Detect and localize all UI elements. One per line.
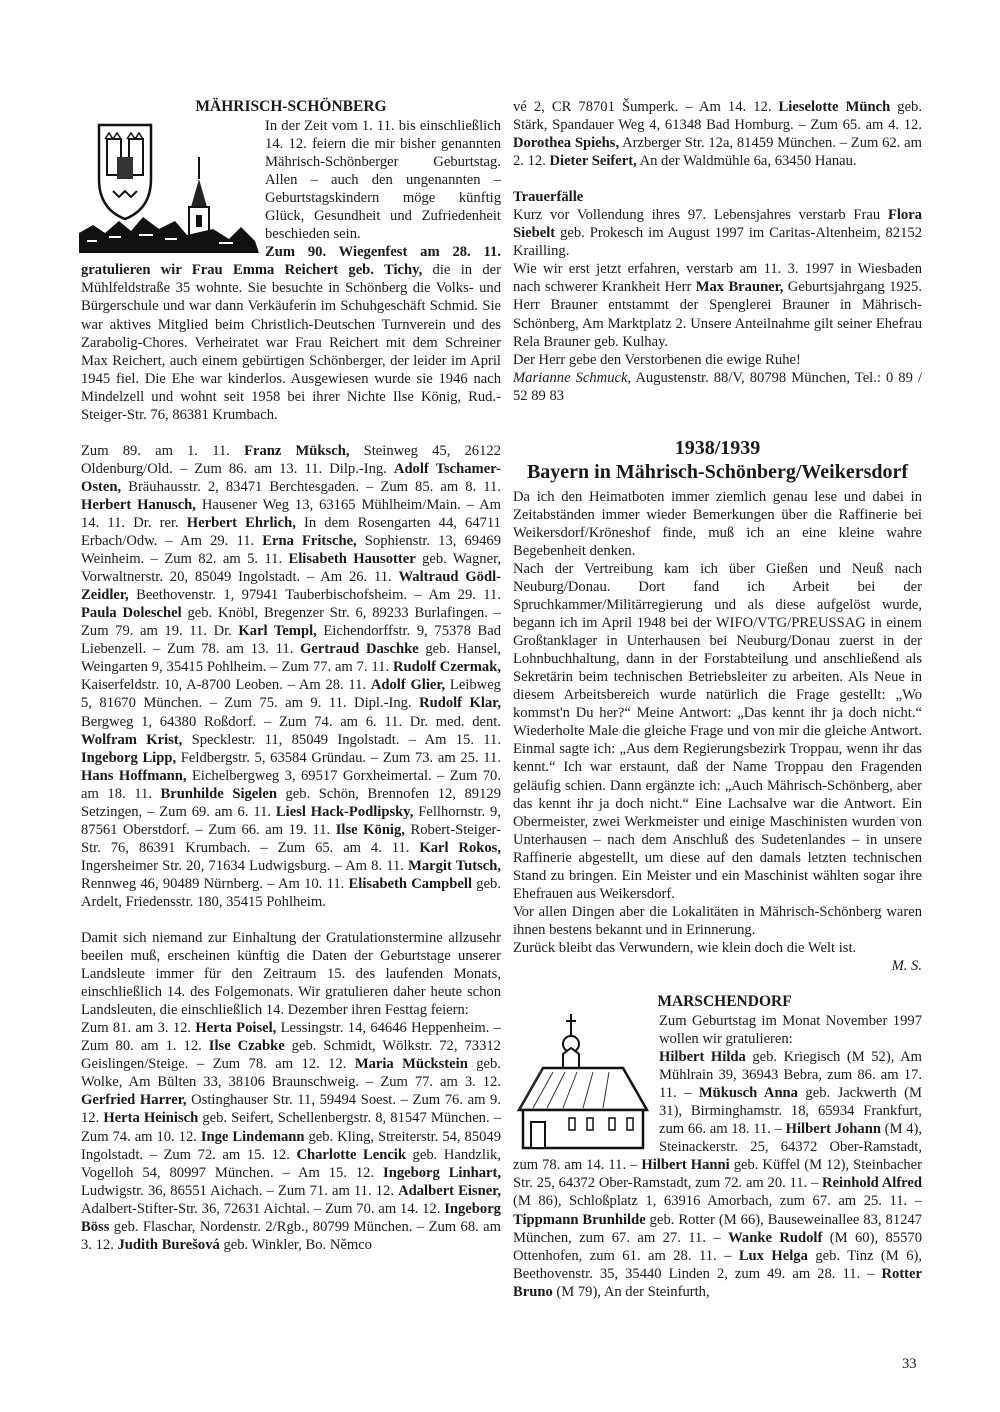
- person-name: Margit Tutsch,: [408, 858, 501, 874]
- person-name: Rudolf Klar,: [419, 695, 501, 711]
- article-paragraph-1: Da ich den Heimatboten immer ziemlich ge…: [513, 488, 922, 560]
- article-title-year: 1938/1939: [513, 436, 922, 460]
- mourning-paragraph-3: Der Herr gebe den Verstorbenen die ewige…: [513, 351, 922, 369]
- article-signature: M. S.: [513, 957, 922, 975]
- person-name: Judith Burešová: [117, 1237, 219, 1253]
- section-title-maehrisch-schoenberg: MÄHRISCH-SCHÖNBERG: [81, 98, 501, 116]
- article-title: Bayern in Mährisch-Schönberg/Weikersdorf: [513, 460, 922, 484]
- person-name: Adalbert Eisner,: [398, 1183, 501, 1199]
- person-name: Hans Hoffmann,: [81, 768, 187, 784]
- person-name: Liesl Hack-Podlipsky,: [276, 804, 413, 820]
- person-name: Hilbert Hilda: [659, 1049, 746, 1065]
- person-name: Ingeborg Linhart,: [383, 1165, 501, 1181]
- article-paragraph-3: Vor allen Dingen aber die Lokalitäten in…: [513, 903, 922, 939]
- person-name: Reinhold Alfred: [822, 1175, 922, 1191]
- person-name: Herbert Ehrlich,: [187, 515, 296, 531]
- person-name: Lieselotte Münch: [779, 99, 891, 115]
- person-name: Karl Templ,: [238, 623, 316, 639]
- person-name: Gertraud Daschke: [300, 641, 419, 657]
- person-name: Rudolf Czermak,: [393, 659, 501, 675]
- page-number: 33: [902, 1356, 917, 1373]
- town-crest-icon: [79, 117, 259, 255]
- person-name: Ilse Czabke: [209, 1038, 285, 1054]
- church-icon: [513, 1014, 653, 1154]
- right-column: vé 2, CR 78701 Šumperk. – Am 14. 12. Lie…: [513, 98, 922, 1301]
- article-paragraph-2: Nach der Vertreibung kam ich über Gießen…: [513, 560, 922, 903]
- person-name: Wanke Rudolf: [728, 1230, 822, 1246]
- feature-paragraph: Zum 90. Wiegenfest am 28. 11. gratuliere…: [81, 243, 501, 423]
- mourning-paragraph-1: Kurz vor Vollendung ihres 97. Lebensjahr…: [513, 206, 922, 260]
- person-name: Herta Poisel,: [195, 1020, 276, 1036]
- person-name: Erna Fritsche,: [262, 533, 356, 549]
- person-name: Franz Müksch,: [244, 443, 349, 459]
- person-name: Dorothea Spiehs,: [513, 135, 619, 151]
- person-name: Adolf Glier,: [371, 677, 445, 693]
- article-paragraph-4: Zurück bleibt das Verwundern, wie klein …: [513, 939, 922, 957]
- person-name: Charlotte Lencik: [296, 1147, 406, 1163]
- person-name: Ingeborg Lipp,: [81, 750, 176, 766]
- mourning-heading: Trauerfälle: [513, 188, 922, 206]
- mourning-paragraph-2: Wie wir erst jetzt erfahren, verstarb am…: [513, 260, 922, 350]
- person-name: Lux Helga: [739, 1248, 808, 1264]
- mourning-author: Marianne Schmuck, Augustenstr. 88/V, 807…: [513, 369, 922, 405]
- person-name: Paula Doleschel: [81, 605, 182, 621]
- person-name: Hilbert Johann: [786, 1121, 881, 1137]
- person-name: Wolfram Krist,: [81, 732, 182, 748]
- person-name: Mükusch Anna: [699, 1085, 798, 1101]
- person-name: Elisabeth Hausotter: [289, 551, 416, 567]
- person-name: Gerfried Harrer,: [81, 1092, 187, 1108]
- person-name: Elisabeth Campbell: [349, 876, 472, 892]
- left-column: MÄHRISCH-SCHÖNBERG In der Zeit vom 1. 11…: [81, 98, 501, 1254]
- person-name: Karl Rokos,: [419, 840, 501, 856]
- birthday-list-december: Zum 81. am 3. 12. Herta Poisel, Lessings…: [81, 1019, 501, 1254]
- person-name: Inge Lindemann: [201, 1129, 305, 1145]
- birthday-list-november: Zum 89. am 1. 11. Franz Müksch, Steinweg…: [81, 442, 501, 911]
- person-name: Maria Mückstein: [355, 1056, 468, 1072]
- person-name: Dieter Seifert,: [549, 153, 636, 169]
- person-name: Ilse König,: [336, 822, 405, 838]
- person-name: Brunhilde Sigelen: [161, 786, 277, 802]
- person-name: Tippmann Brunhilde: [513, 1212, 646, 1228]
- birthday-list-december-continued: vé 2, CR 78701 Šumperk. – Am 14. 12. Lie…: [513, 98, 922, 170]
- person-name: Herta Heinisch: [103, 1110, 198, 1126]
- notice-paragraph: Damit sich niemand zur Einhaltung der Gr…: [81, 929, 501, 1019]
- person-name: Herbert Hanusch,: [81, 497, 196, 513]
- list-item: Zum 81. am 3. 12. Herta Poisel, Lessings…: [81, 1020, 501, 1036]
- person-name: Hilbert Hanni: [641, 1157, 729, 1173]
- section-title-marschendorf: MARSCHENDORF: [513, 993, 922, 1011]
